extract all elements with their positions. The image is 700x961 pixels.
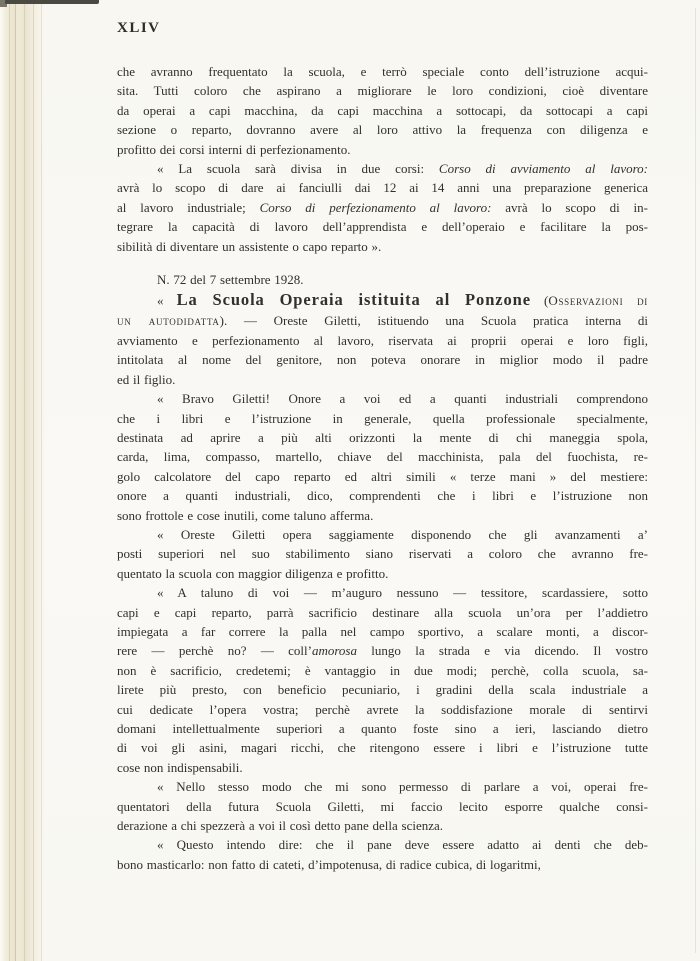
page-edge-line [24, 0, 25, 961]
page-edge-line [41, 0, 42, 961]
body-text: che avranno frequentato la scuola, e ter… [117, 64, 648, 79]
text-line: da operai a capi macchina, da capi macch… [117, 101, 648, 120]
text-line: intitolata al nome del genitore, non pot… [117, 350, 648, 369]
italic-text: amorosa [312, 643, 357, 658]
body-text: tegrare la capacità di lavoro dell’appre… [117, 219, 648, 234]
body-text: di voi gli asini, magari ricchi, che rit… [117, 740, 648, 755]
small-caps-text: un autodidatta [117, 313, 220, 328]
text-line: ed il figlio. [117, 370, 648, 389]
text-line: cose non indispensabili. [117, 758, 648, 777]
text-line: « Oreste Giletti opera saggiamente dispo… [117, 525, 648, 544]
body-text: « La scuola sarà divisa in due corsi: [157, 161, 439, 176]
text-line: sibilità di diventare un assistente o ca… [117, 237, 648, 256]
body-text: rere — perchè no? — coll’ [117, 643, 312, 658]
right-page-edge [695, 8, 696, 953]
body-text: N. 72 del 7 settembre 1928. [157, 272, 304, 287]
text-line: « A taluno di voi — m’auguro nessuno — t… [117, 583, 648, 602]
italic-text: Corso di perfezionamento al lavoro: [260, 200, 492, 215]
body-text: « Bravo Giletti! Onore a voi ed a quanti… [157, 391, 648, 406]
text-line: quentato la scuola con maggior diligenza… [117, 564, 648, 583]
text-line: sezione o reparto, dovranno avere al lor… [117, 120, 648, 139]
text-line: impiegata a far correre la palla nel cam… [117, 622, 648, 641]
page-edge-line [9, 0, 10, 961]
body-text: « Oreste Giletti opera saggiamente dispo… [157, 527, 648, 542]
text-line: cui dedicate l’opera vostra; perchè avre… [117, 700, 648, 719]
text-line: « Questo intendo dire: che il pane deve … [117, 835, 648, 854]
body-text: domani intellettualmente superiori a qua… [117, 721, 648, 736]
body-text: ed il figlio. [117, 372, 175, 387]
text-line: tegrare la capacità di lavoro dell’appre… [117, 217, 648, 236]
scanned-book-page: XLIV che avranno frequentato la scuola, … [0, 0, 700, 961]
text-line: che avranno frequentato la scuola, e ter… [117, 62, 648, 81]
body-text: al lavoro industriale; [117, 200, 260, 215]
text-line: « La Scuola Operaia istituita al Ponzone… [117, 289, 648, 311]
body-text: che i libri e l’istruzione in generale, … [117, 411, 648, 426]
text-line: non è sacrificio, credetemi; è vantaggio… [117, 661, 648, 680]
text-line: destinata ad aprire a più alti orizzonti… [117, 428, 648, 447]
text-line: bono masticarlo: non fatto di cateti, d’… [117, 855, 648, 874]
body-text: bono masticarlo: non fatto di cateti, d’… [117, 857, 541, 872]
text-line: capi e capi reparto, parrà sacrificio de… [117, 603, 648, 622]
text-line: N. 72 del 7 settembre 1928. [117, 270, 648, 289]
text-line: domani intellettualmente superiori a qua… [117, 719, 648, 738]
text-line: posti superiori nel suo stabilimento sia… [117, 544, 648, 563]
paragraph: « Questo intendo dire: che il pane deve … [117, 835, 648, 874]
text-line: lirete più presto, con beneficio pecunia… [117, 680, 648, 699]
body-text: ). — Oreste Giletti, istituendo una Scuo… [220, 313, 648, 328]
text-line: « Nello stesso modo che mi sono permesso… [117, 777, 648, 796]
body-text: impiegata a far correre la palla nel cam… [117, 624, 648, 639]
body-text: posti superiori nel suo stabilimento sia… [117, 546, 648, 561]
paragraph: « La scuola sarà divisa in due corsi: Co… [117, 159, 648, 256]
text-line: al lavoro industriale; Corso di perfezio… [117, 198, 648, 217]
text-line: golo calcolatore del capo reparto ed alt… [117, 467, 648, 486]
body-text: cose non indispensabili. [117, 760, 243, 775]
text-line: che i libri e l’istruzione in generale, … [117, 409, 648, 428]
text-line: rere — perchè no? — coll’amorosa lungo l… [117, 641, 648, 660]
body-text: onore a quanti industriali, dico, compre… [117, 488, 648, 503]
body-text: « [157, 293, 177, 308]
body-text: ( [531, 293, 548, 308]
paragraph: che avranno frequentato la scuola, e ter… [117, 62, 648, 159]
text-line: sono frottole e cose inutili, come talun… [117, 506, 648, 525]
body-text: « Questo intendo dire: che il pane deve … [157, 837, 648, 852]
body-text: lungo la strada e via dicendo. Il vostro [357, 643, 648, 658]
body-text: carda, lima, compasso, martello, chiave … [117, 449, 648, 464]
text-line: sita. Tutti coloro che aspirano a miglio… [117, 81, 648, 100]
paragraph: « Nello stesso modo che mi sono permesso… [117, 777, 648, 835]
body-text: intitolata al nome del genitore, non pot… [117, 352, 648, 367]
body-text: avviamento e perfezionamento al lavoro, … [117, 333, 648, 348]
body-text: quentatori della futura Scuola Giletti, … [117, 799, 648, 814]
text-line: onore a quanti industriali, dico, compre… [117, 486, 648, 505]
page-edge-line [33, 0, 34, 961]
text-block: che avranno frequentato la scuola, e ter… [117, 62, 648, 874]
body-text: sezione o reparto, dovranno avere al lor… [117, 122, 648, 137]
body-text: avrà lo scopo di in- [491, 200, 648, 215]
text-line: di voi gli asini, magari ricchi, che rit… [117, 738, 648, 757]
text-line: carda, lima, compasso, martello, chiave … [117, 447, 648, 466]
body-text: sita. Tutti coloro che aspirano a miglio… [117, 83, 648, 98]
small-caps-text: Osservazioni di [548, 293, 648, 308]
text-line: profitto dei corsi interni di perfeziona… [117, 140, 648, 159]
body-text: lirete più presto, con beneficio pecunia… [117, 682, 648, 697]
body-text: sono frottole e cose inutili, come talun… [117, 508, 373, 523]
body-text: « Nello stesso modo che mi sono permesso… [157, 779, 648, 794]
body-text: destinata ad aprire a più alti orizzonti… [117, 430, 648, 445]
page-number: XLIV [117, 20, 161, 37]
book-board-edge [5, 0, 99, 4]
body-text: derazione a chi spezzerà a voi il così d… [117, 818, 443, 833]
body-text: avrà lo scopo di dare ai fanciulli dai 1… [117, 180, 648, 195]
body-text: quentato la scuola con maggior diligenza… [117, 566, 388, 581]
body-text: sibilità di diventare un assistente o ca… [117, 239, 381, 254]
text-line: un autodidatta). — Oreste Giletti, istit… [117, 311, 648, 330]
page-stack-edges [0, 0, 46, 961]
text-line: derazione a chi spezzerà a voi il così d… [117, 816, 648, 835]
text-line: « La scuola sarà divisa in due corsi: Co… [117, 159, 648, 178]
paragraph: « A taluno di voi — m’auguro nessuno — t… [117, 583, 648, 777]
body-text: cui dedicate l’opera vostra; perchè avre… [117, 702, 648, 717]
body-text: profitto dei corsi interni di perfeziona… [117, 142, 351, 157]
text-line: « Bravo Giletti! Onore a voi ed a quanti… [117, 389, 648, 408]
paragraph: « Bravo Giletti! Onore a voi ed a quanti… [117, 389, 648, 525]
entry-heading-paragraph: « La Scuola Operaia istituita al Ponzone… [117, 289, 648, 389]
page-edge-line [15, 0, 16, 961]
text-line: avrà lo scopo di dare ai fanciulli dai 1… [117, 178, 648, 197]
text-line: quentatori della futura Scuola Giletti, … [117, 797, 648, 816]
body-text: capi e capi reparto, parrà sacrificio de… [117, 605, 648, 620]
paragraph: « Oreste Giletti opera saggiamente dispo… [117, 525, 648, 583]
entry-title-text: La Scuola Operaia istituita al Ponzone [177, 290, 531, 309]
paragraph: N. 72 del 7 settembre 1928. [117, 270, 648, 289]
body-text: non è sacrificio, credetemi; è vantaggio… [117, 663, 648, 678]
body-text: da operai a capi macchina, da capi macch… [117, 103, 648, 118]
text-line: avviamento e perfezionamento al lavoro, … [117, 331, 648, 350]
italic-text: Corso di avviamento al lavoro: [439, 161, 648, 176]
body-text: « A taluno di voi — m’auguro nessuno — t… [157, 585, 648, 600]
body-text: golo calcolatore del capo reparto ed alt… [117, 469, 648, 484]
